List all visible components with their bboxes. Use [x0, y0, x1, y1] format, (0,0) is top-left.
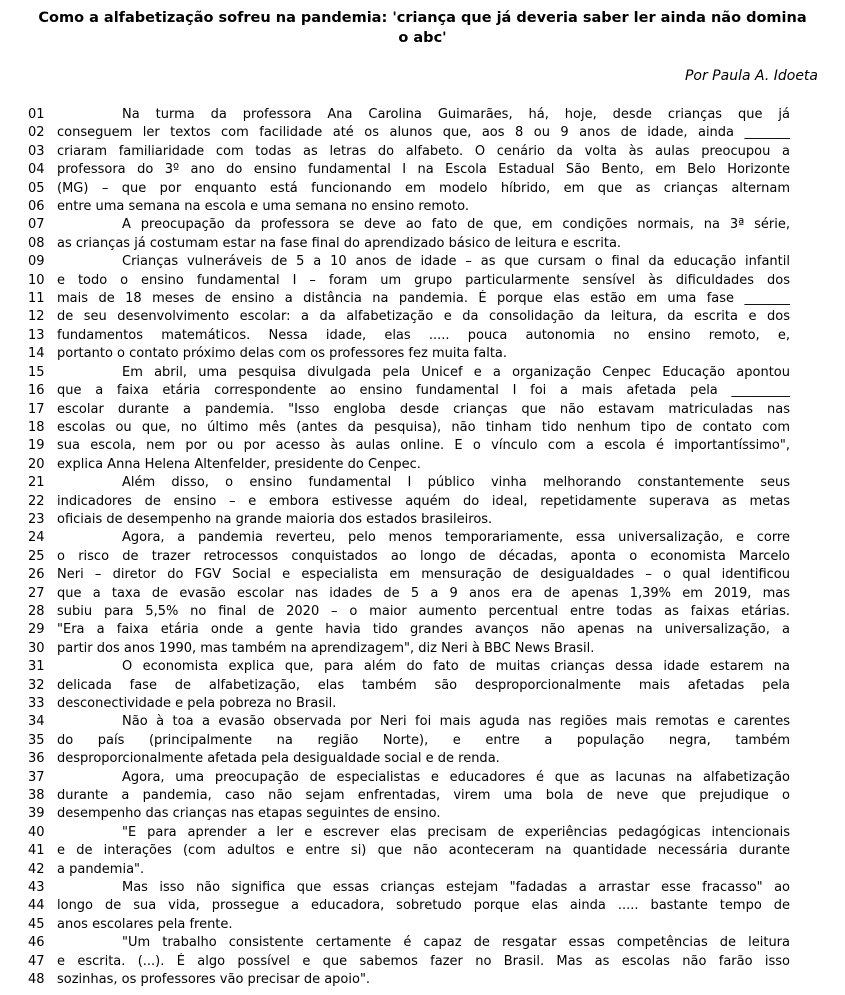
document-page: Como a alfabetização sofreu na pandemia:… — [0, 0, 845, 995]
line-number: 24 — [0, 529, 57, 547]
text-line: 34 Não à toa a evasão observada por Neri… — [0, 713, 845, 731]
line-text: subiu para 5,5% no final de 2020 – o mai… — [57, 603, 790, 621]
line-text: "E para aprender a ler e escrever elas p… — [57, 824, 790, 842]
line-text: delicada fase de alfabetização, elas tam… — [57, 677, 790, 695]
text-line: 16 que a faixa etária correspondente ao … — [0, 382, 845, 400]
line-text: professora do 3º ano do ensino fundament… — [57, 161, 790, 179]
line-number: 41 — [0, 842, 57, 860]
line-number: 44 — [0, 897, 57, 915]
line-number: 26 — [0, 566, 57, 584]
text-line: 12 de seu desenvolvimento escolar: a da … — [0, 308, 845, 326]
line-number: 29 — [0, 621, 57, 639]
line-number: 48 — [0, 971, 57, 989]
line-text: "Era a faixa etária onde a gente havia t… — [57, 621, 790, 639]
text-line: 42 a pandemia". — [0, 861, 845, 879]
byline: Por Paula A. Idoeta — [0, 68, 818, 84]
text-line: 11 mais de 18 meses de ensino a distânci… — [0, 290, 845, 308]
text-line: 44 longo de sua vida, prossegue a educad… — [0, 897, 845, 915]
line-number: 15 — [0, 364, 57, 382]
text-line: 32 delicada fase de alfabetização, elas … — [0, 677, 845, 695]
line-text: conseguem ler textos com facilidade até … — [57, 124, 790, 142]
text-line: 28 subiu para 5,5% no final de 2020 – o … — [0, 603, 845, 621]
text-line: 15 Em abril, uma pesquisa divulgada pela… — [0, 364, 845, 382]
text-line: 46 "Um trabalho consistente certamente é… — [0, 934, 845, 952]
text-line: 37 Agora, uma preocupação de especialist… — [0, 769, 845, 787]
line-number: 33 — [0, 695, 57, 713]
text-line: 03 criaram familiaridade com todas as le… — [0, 143, 845, 161]
line-number: 19 — [0, 437, 57, 455]
line-number: 10 — [0, 272, 57, 290]
text-line: 13 fundamentos matemáticos. Nessa idade,… — [0, 327, 845, 345]
line-number: 35 — [0, 732, 57, 750]
text-line: 07 A preocupação da professora se deve a… — [0, 216, 845, 234]
line-number: 40 — [0, 824, 57, 842]
line-number: 20 — [0, 456, 57, 474]
line-number: 43 — [0, 879, 57, 897]
line-text: Não à toa a evasão observada por Neri fo… — [57, 713, 790, 731]
line-text: e de interações (com adultos e entre si)… — [57, 842, 790, 860]
line-text: e escrita. (...). É algo possível e que … — [57, 953, 790, 971]
text-line: 38 durante a pandemia, caso não sejam en… — [0, 787, 845, 805]
text-line: 19 sua escola, nem por ou por acesso às … — [0, 437, 845, 455]
line-number: 03 — [0, 143, 57, 161]
line-number: 16 — [0, 382, 57, 400]
text-line: 40 "E para aprender a ler e escrever ela… — [0, 824, 845, 842]
text-line: 43 Mas isso não significa que essas cria… — [0, 879, 845, 897]
line-number: 25 — [0, 548, 57, 566]
line-text: anos escolares pela frente. — [57, 916, 790, 934]
text-line: 30 partir dos anos 1990, mas também na a… — [0, 640, 845, 658]
line-text: portanto o contato próximo delas com os … — [57, 345, 790, 363]
line-text: Agora, a pandemia reverteu, pelo menos t… — [57, 529, 790, 547]
line-number: 36 — [0, 750, 57, 768]
line-number: 37 — [0, 769, 57, 787]
line-text: as crianças já costumam estar na fase fi… — [57, 235, 790, 253]
text-line: 20 explica Anna Helena Altenfelder, pres… — [0, 456, 845, 474]
line-number: 32 — [0, 677, 57, 695]
line-number: 05 — [0, 180, 57, 198]
text-line: 39 desempenho das crianças nas etapas se… — [0, 805, 845, 823]
text-line: 47 e escrita. (...). É algo possível e q… — [0, 953, 845, 971]
line-text: a pandemia". — [57, 861, 790, 879]
line-text: escolas ou que, no último mês (antes da … — [57, 419, 790, 437]
line-text: Mas isso não significa que essas criança… — [57, 879, 790, 897]
line-number: 46 — [0, 934, 57, 952]
line-text: que a faixa etária correspondente ao ens… — [57, 382, 790, 400]
line-text: fundamentos matemáticos. Nessa idade, el… — [57, 327, 790, 345]
line-text: mais de 18 meses de ensino a distância n… — [57, 290, 790, 308]
line-text: do país (principalmente na região Norte)… — [57, 732, 790, 750]
text-line: 02 conseguem ler textos com facilidade a… — [0, 124, 845, 142]
line-number: 09 — [0, 253, 57, 271]
text-line: 18 escolas ou que, no último mês (antes … — [0, 419, 845, 437]
text-line: 17 escolar durante a pandemia. "Isso eng… — [0, 401, 845, 419]
line-number: 02 — [0, 124, 57, 142]
line-number: 27 — [0, 585, 57, 603]
line-number: 17 — [0, 401, 57, 419]
line-number: 47 — [0, 953, 57, 971]
line-text: durante a pandemia, caso não sejam enfre… — [57, 787, 790, 805]
line-text: Na turma da professora Ana Carolina Guim… — [57, 106, 790, 124]
text-line: 22 indicadores de ensino – e embora esti… — [0, 493, 845, 511]
line-text: indicadores de ensino – e embora estives… — [57, 493, 790, 511]
line-number: 14 — [0, 345, 57, 363]
text-line: 35 do país (principalmente na região Nor… — [0, 732, 845, 750]
text-line: 08 as crianças já costumam estar na fase… — [0, 235, 845, 253]
line-number: 23 — [0, 511, 57, 529]
text-line: 31 O economista explica que, para além d… — [0, 658, 845, 676]
text-line: 25 o risco de trazer retrocessos conquis… — [0, 548, 845, 566]
text-line: 45 anos escolares pela frente. — [0, 916, 845, 934]
line-text: explica Anna Helena Altenfelder, preside… — [57, 456, 790, 474]
line-text: longo de sua vida, prossegue a educadora… — [57, 897, 790, 915]
line-text: criaram familiaridade com todas as letra… — [57, 143, 790, 161]
line-text: Neri – diretor do FGV Social e especiali… — [57, 566, 790, 584]
line-number: 28 — [0, 603, 57, 621]
line-text: o risco de trazer retrocessos conquistad… — [57, 548, 790, 566]
text-line: 01 Na turma da professora Ana Carolina G… — [0, 106, 845, 124]
line-text: entre uma semana na escola e uma semana … — [57, 198, 790, 216]
line-text: sua escola, nem por ou por acesso às aul… — [57, 437, 790, 455]
line-text: partir dos anos 1990, mas também na apre… — [57, 640, 790, 658]
text-line: 29 "Era a faixa etária onde a gente havi… — [0, 621, 845, 639]
line-number: 42 — [0, 861, 57, 879]
line-text: "Um trabalho consistente certamente é ca… — [57, 934, 790, 952]
text-line: 05 (MG) – que por enquanto está funciona… — [0, 180, 845, 198]
line-number: 45 — [0, 916, 57, 934]
line-text: O economista explica que, para além do f… — [57, 658, 790, 676]
line-text: Agora, uma preocupação de especialistas … — [57, 769, 790, 787]
line-text: Além disso, o ensino fundamental I públi… — [57, 474, 790, 492]
line-number: 07 — [0, 216, 57, 234]
line-number: 38 — [0, 787, 57, 805]
text-line: 33 desconectividade e pela pobreza no Br… — [0, 695, 845, 713]
text-line: 23 oficiais de desempenho na grande maio… — [0, 511, 845, 529]
line-text: A preocupação da professora se deve ao f… — [57, 216, 790, 234]
line-text: desconectividade e pela pobreza no Brasi… — [57, 695, 790, 713]
line-text: Em abril, uma pesquisa divulgada pela Un… — [57, 364, 790, 382]
text-line: 10 e todo o ensino fundamental I – foram… — [0, 272, 845, 290]
text-body: 01 Na turma da professora Ana Carolina G… — [0, 106, 845, 990]
text-line: 36 desproporcionalmente afetada pela des… — [0, 750, 845, 768]
line-text: sozinhas, os professores vão precisar de… — [57, 971, 790, 989]
text-line: 21 Além disso, o ensino fundamental I pú… — [0, 474, 845, 492]
line-text: desproporcionalmente afetada pela desigu… — [57, 750, 790, 768]
line-number: 12 — [0, 308, 57, 326]
page-title: Como a alfabetização sofreu na pandemia:… — [38, 8, 808, 48]
text-line: 06 entre uma semana na escola e uma sema… — [0, 198, 845, 216]
line-number: 08 — [0, 235, 57, 253]
line-text: Crianças vulneráveis de 5 a 10 anos de i… — [57, 253, 790, 271]
text-line: 41 e de interações (com adultos e entre … — [0, 842, 845, 860]
text-line: 27 que a taxa de evasão escolar nas idad… — [0, 585, 845, 603]
text-line: 48 sozinhas, os professores vão precisar… — [0, 971, 845, 989]
text-line: 04 professora do 3º ano do ensino fundam… — [0, 161, 845, 179]
text-line: 24 Agora, a pandemia reverteu, pelo meno… — [0, 529, 845, 547]
line-number: 30 — [0, 640, 57, 658]
line-text: e todo o ensino fundamental I – foram um… — [57, 272, 790, 290]
line-number: 34 — [0, 713, 57, 731]
line-text: (MG) – que por enquanto está funcionando… — [57, 180, 790, 198]
line-number: 18 — [0, 419, 57, 437]
line-number: 22 — [0, 493, 57, 511]
line-number: 04 — [0, 161, 57, 179]
line-text: de seu desenvolvimento escolar: a da alf… — [57, 308, 790, 326]
line-number: 31 — [0, 658, 57, 676]
line-number: 21 — [0, 474, 57, 492]
line-text: escolar durante a pandemia. "Isso englob… — [57, 401, 790, 419]
line-number: 01 — [0, 106, 57, 124]
line-text: oficiais de desempenho na grande maioria… — [57, 511, 790, 529]
text-line: 09 Crianças vulneráveis de 5 a 10 anos d… — [0, 253, 845, 271]
line-text: que a taxa de evasão escolar nas idades … — [57, 585, 790, 603]
line-text: desempenho das crianças nas etapas segui… — [57, 805, 790, 823]
line-number: 11 — [0, 290, 57, 308]
line-number: 06 — [0, 198, 57, 216]
line-number: 13 — [0, 327, 57, 345]
line-number: 39 — [0, 805, 57, 823]
text-line: 26 Neri – diretor do FGV Social e especi… — [0, 566, 845, 584]
text-line: 14 portanto o contato próximo delas com … — [0, 345, 845, 363]
